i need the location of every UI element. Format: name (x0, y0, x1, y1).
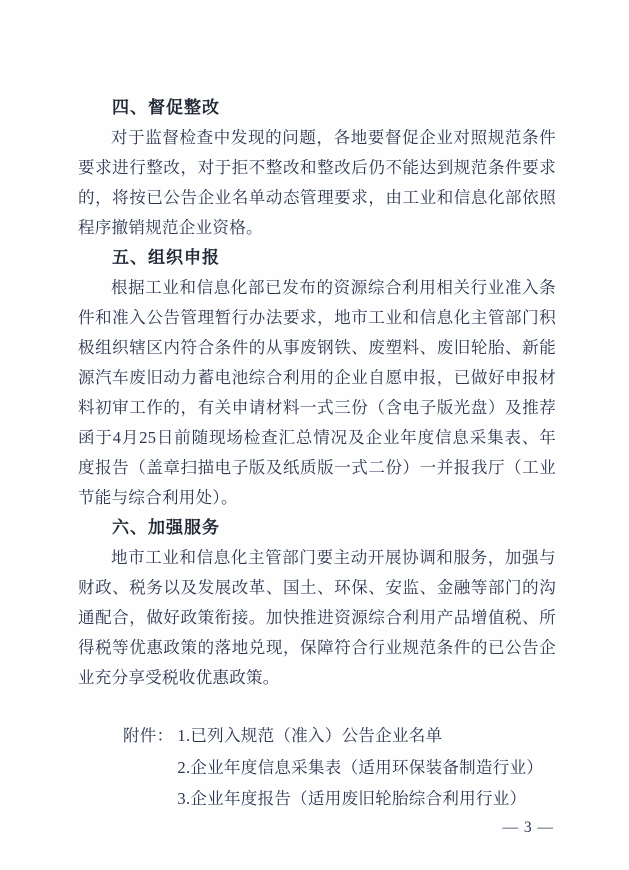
attachment-item: 2.企业年度信息采集表（适用环保装备制造行业） (177, 752, 543, 784)
attachment-item: 1.已列入规范（准入）公告企业名单 (177, 720, 543, 752)
section-paragraph: 地市工业和信息化主管部门要主动开展协调和服务，加强与财政、税务以及发展改革、国土… (78, 543, 556, 693)
section-heading: 六、加强服务 (78, 513, 556, 543)
page-number: — 3 — (78, 815, 556, 841)
attachments-block: 附件： 1.已列入规范（准入）公告企业名单 2.企业年度信息采集表（适用环保装备… (78, 720, 556, 815)
section-strengthen-services: 六、加强服务 地市工业和信息化主管部门要主动开展协调和服务，加强与财政、税务以及… (78, 513, 556, 693)
section-heading: 四、督促整改 (78, 93, 556, 123)
section-heading: 五、组织申报 (78, 243, 556, 273)
document-page: 四、督促整改 对于监督检查中发现的问题，各地要督促企业对照规范条件要求进行整改，… (0, 0, 629, 870)
section-paragraph: 根据工业和信息化部已发布的资源综合利用相关行业准入条件和准入公告管理暂行办法要求… (78, 273, 556, 513)
section-supervise-rectification: 四、督促整改 对于监督检查中发现的问题，各地要督促企业对照规范条件要求进行整改，… (78, 93, 556, 243)
document-body: 四、督促整改 对于监督检查中发现的问题，各地要督促企业对照规范条件要求进行整改，… (78, 93, 556, 841)
attachments-list: 1.已列入规范（准入）公告企业名单 2.企业年度信息采集表（适用环保装备制造行业… (173, 720, 543, 815)
section-paragraph: 对于监督检查中发现的问题，各地要督促企业对照规范条件要求进行整改，对于拒不整改和… (78, 123, 556, 243)
section-organize-declaration: 五、组织申报 根据工业和信息化部已发布的资源综合利用相关行业准入条件和准入公告管… (78, 243, 556, 513)
attachment-item: 3.企业年度报告（适用废旧轮胎综合利用行业） (177, 783, 543, 815)
attachments-label: 附件： (123, 720, 173, 752)
